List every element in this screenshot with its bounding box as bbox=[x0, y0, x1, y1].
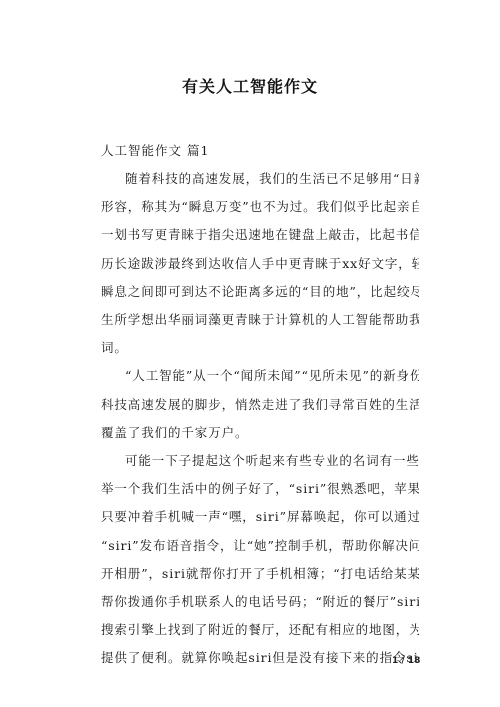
text-line: 词。 bbox=[101, 334, 419, 362]
text-line: 可能一下子提起这个听起来有些专业的名词有一些陌生，那就 bbox=[101, 447, 419, 475]
document-body: 人工智能作文 篇1 随着科技的高速发展，我们的生活已不足够用“日新月异”来 形容… bbox=[101, 137, 419, 673]
text-line: 覆盖了我们的千家万户。 bbox=[101, 419, 419, 447]
text-line: 只要冲着手机喊一声“嘿，siri”屏幕唤起，你可以通过对 bbox=[101, 503, 419, 531]
document-page: 有关人工智能作文 人工智能作文 篇1 随着科技的高速发展，我们的生活已不足够用“… bbox=[0, 0, 500, 707]
text-line: 科技高速发展的脚步，悄然走进了我们寻常百姓的生活之中，悄然 bbox=[101, 391, 419, 419]
text-line: 帮你拨通你手机联系人的电话号码；“附近的餐厅”siri就帮你在 bbox=[101, 588, 419, 616]
text-line: 提供了便利。就算你唤起siri但是没有接下来的指令siri也会回 bbox=[101, 644, 419, 672]
text-line: 形容，称其为“瞬息万变”也不为过。我们似乎比起亲自动手一笔 bbox=[101, 193, 419, 221]
page-number: 1 / 18 bbox=[392, 656, 420, 666]
paragraph-1: 随着科技的高速发展，我们的生活已不足够用“日新月异”来 形容，称其为“瞬息万变”… bbox=[101, 165, 419, 362]
text-line: 历长途跋涉最终到达收信人手中更青睐于xx好文字，轻轻点击发送 bbox=[101, 250, 419, 278]
paragraph-3: 可能一下子提起这个听起来有些专业的名词有一些陌生，那就 举一个我们生活中的例子好… bbox=[101, 447, 419, 673]
section-heading: 人工智能作文 篇1 bbox=[101, 137, 419, 165]
text-line: 举一个我们生活中的例子好了，“siri”很熟悉吧，苹果手机的用户 bbox=[101, 475, 419, 503]
text-line: 瞬息之间即可到达不论距离多远的“目的地”，比起绞尽脑汁用尽毕 bbox=[101, 278, 419, 306]
text-line: 生所学想出华丽词藻更青睐于计算机的人工智能帮助我们解决措 bbox=[101, 306, 419, 334]
document-title: 有关人工智能作文 bbox=[0, 74, 500, 97]
text-line: 搜索引擎上找到了附近的餐厅，还配有相应的地图，为用户的行程 bbox=[101, 616, 419, 644]
text-line: 随着科技的高速发展，我们的生活已不足够用“日新月异”来 bbox=[101, 165, 419, 193]
text-line: “人工智能”从一个“闻所未闻”“见所未见”的新身份伴随着 bbox=[101, 362, 419, 390]
text-line: 开相册”，siri就帮你打开了手机相簿；“打电话给某某”siri就 bbox=[101, 560, 419, 588]
text-line: “siri”发布语音指令，让“她”控制手机，帮助你解决问题。“打 bbox=[101, 532, 419, 560]
paragraph-2: “人工智能”从一个“闻所未闻”“见所未见”的新身份伴随着 科技高速发展的脚步，悄… bbox=[101, 362, 419, 447]
text-line: 一划书写更青睐于指尖迅速地在键盘上敲击，比起书信辗转多地经 bbox=[101, 221, 419, 249]
